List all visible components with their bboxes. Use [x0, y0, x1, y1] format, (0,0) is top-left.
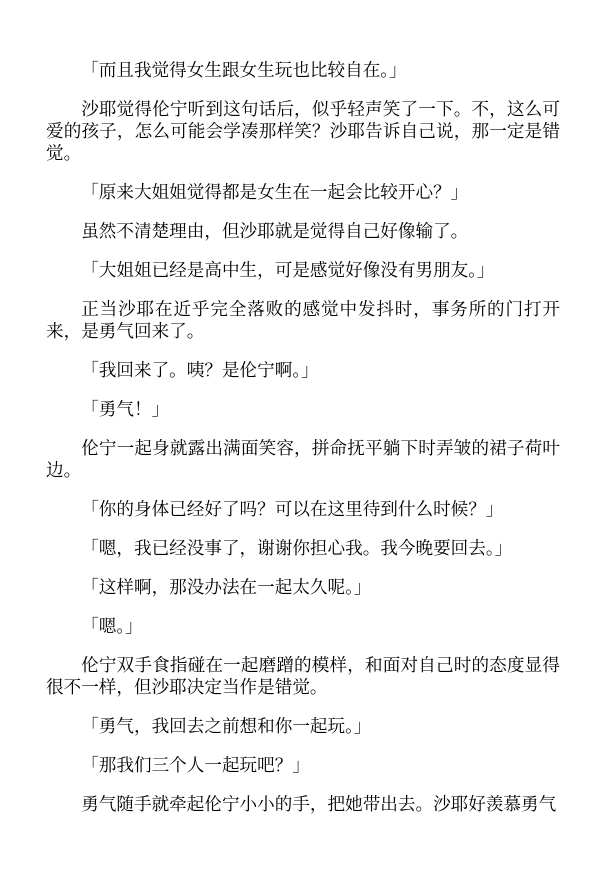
paragraph: 「那我们三个人一起玩吧？」 [46, 754, 560, 776]
paragraph: 伦宁一起身就露出满面笑容，拼命抚平躺下时弄皱的裙子荷叶边。 [46, 437, 560, 481]
paragraph: 「勇气，我回去之前想和你一起玩。」 [46, 715, 560, 737]
paragraph: 「原来大姐姐觉得都是女生在一起会比较开心？」 [46, 181, 560, 203]
paragraph: 「勇气！」 [46, 398, 560, 420]
paragraph: 「大姐姐已经是高中生，可是感觉好像没有男朋友。」 [46, 259, 560, 281]
paragraph: 正当沙耶在近乎完全落败的感觉中发抖时，事务所的门打开来，是勇气回来了。 [46, 298, 560, 342]
paragraph: 「我回来了。咦？是伦宁啊。」 [46, 359, 560, 381]
paragraph: 勇气随手就牵起伦宁小小的手，把她带出去。沙耶好羡慕勇气 [46, 793, 560, 815]
paragraph: 虽然不清楚理由，但沙耶就是觉得自己好像输了。 [46, 220, 560, 242]
paragraph: 「这样啊，那没办法在一起太久呢。」 [46, 576, 560, 598]
paragraph: 「你的身体已经好了吗？可以在这里待到什么时候？」 [46, 498, 560, 520]
paragraph: 「嗯。」 [46, 615, 560, 637]
paragraph: 「嗯，我已经没事了，谢谢你担心我。我今晚要回去。」 [46, 537, 560, 559]
novel-text-page: 「而且我觉得女生跟女生玩也比较自在。」 沙耶觉得伦宁听到这句话后，似乎轻声笑了一… [0, 0, 613, 869]
paragraph: 伦宁双手食指碰在一起磨蹭的模样，和面对自己时的态度显得很不一样，但沙耶决定当作是… [46, 654, 560, 698]
paragraph: 「而且我觉得女生跟女生玩也比较自在。」 [46, 59, 560, 81]
paragraph: 沙耶觉得伦宁听到这句话后，似乎轻声笑了一下。不，这么可爱的孩子，怎么可能会学凑那… [46, 98, 560, 164]
